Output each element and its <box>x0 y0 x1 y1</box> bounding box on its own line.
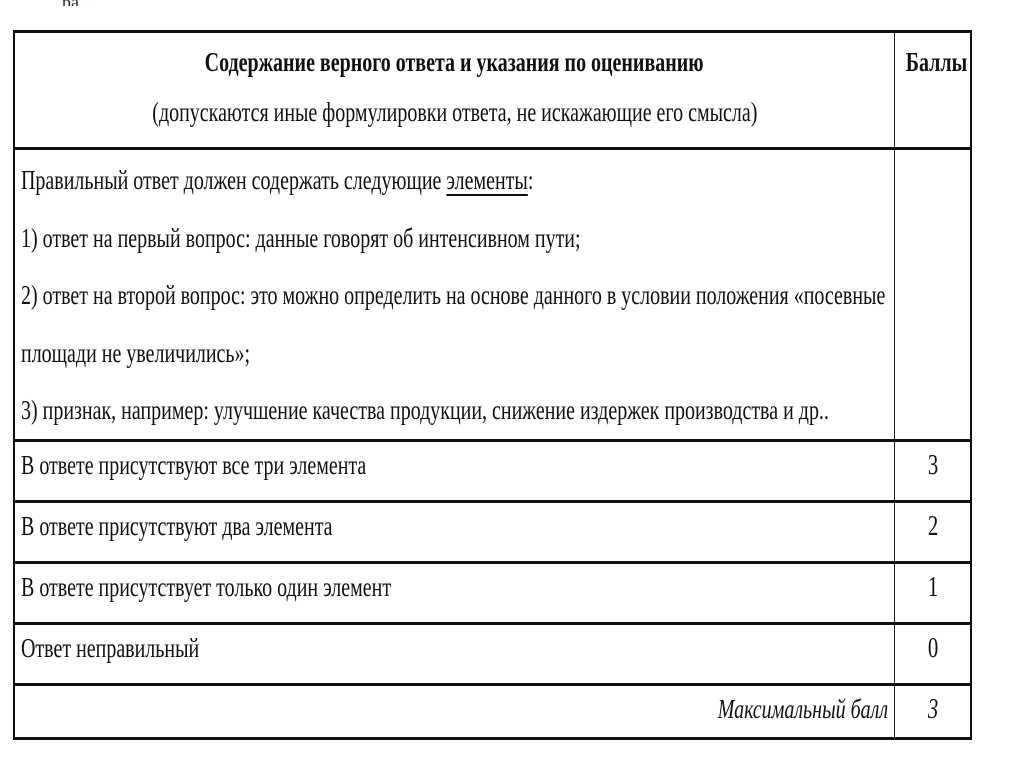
answer-intro-underlined: элементы <box>446 165 527 195</box>
answer-element-1: 1) ответ на первый вопрос: данные говоря… <box>21 218 581 258</box>
table-row: В ответе присутствуют все три элемента 3 <box>15 439 970 500</box>
criterion-points: 0 <box>927 633 937 665</box>
page-fragment-above: ра... <box>62 0 122 6</box>
answer-elements-points-cell <box>894 150 970 439</box>
answer-elements-row: Правильный ответ должен содержать следую… <box>15 147 970 439</box>
header-content-subtitle: (допускаются иные формулировки ответа, н… <box>152 97 757 128</box>
answer-intro-suffix: : <box>528 165 534 195</box>
criterion-points: 3 <box>927 450 937 482</box>
criterion-text: В ответе присутствуют два элемента <box>21 511 333 542</box>
answer-elements-cell: Правильный ответ должен содержать следую… <box>15 150 894 439</box>
header-content-title: Содержание верного ответа и указания по … <box>205 47 704 78</box>
header-points-cell: Баллы <box>894 33 970 150</box>
criterion-text: В ответе присутствует только один элемен… <box>21 572 391 603</box>
max-score-points: 3 <box>927 694 937 726</box>
criterion-text: В ответе присутствуют все три элемента <box>21 450 366 481</box>
header-content-cell: Содержание верного ответа и указания по … <box>15 33 894 150</box>
answer-element-2-continued: площади не увеличились»; <box>21 333 250 373</box>
table-row: Ответ неправильный 0 <box>15 622 970 683</box>
answer-element-2: 2) ответ на второй вопрос: это можно опр… <box>21 275 885 315</box>
criterion-points: 1 <box>927 572 937 604</box>
criterion-text: Ответ неправильный <box>21 633 199 664</box>
max-score-label: Максимальный балл <box>718 694 888 725</box>
table-header-row: Содержание верного ответа и указания по … <box>15 33 970 150</box>
answer-element-3: 3) признак, например: улучшение качества… <box>21 390 829 430</box>
grading-table: Содержание верного ответа и указания по … <box>13 30 972 740</box>
max-score-row: Максимальный балл 3 <box>15 683 970 740</box>
table-row: В ответе присутствует только один элемен… <box>15 561 970 622</box>
criterion-points: 2 <box>927 511 937 543</box>
answer-intro: Правильный ответ должен содержать следую… <box>21 160 1024 218</box>
header-points-title: Баллы <box>906 47 967 78</box>
answer-intro-prefix: Правильный ответ должен содержать следую… <box>21 165 446 195</box>
fragment-text: ра... <box>62 0 93 6</box>
table-row: В ответе присутствуют два элемента 2 <box>15 500 970 561</box>
